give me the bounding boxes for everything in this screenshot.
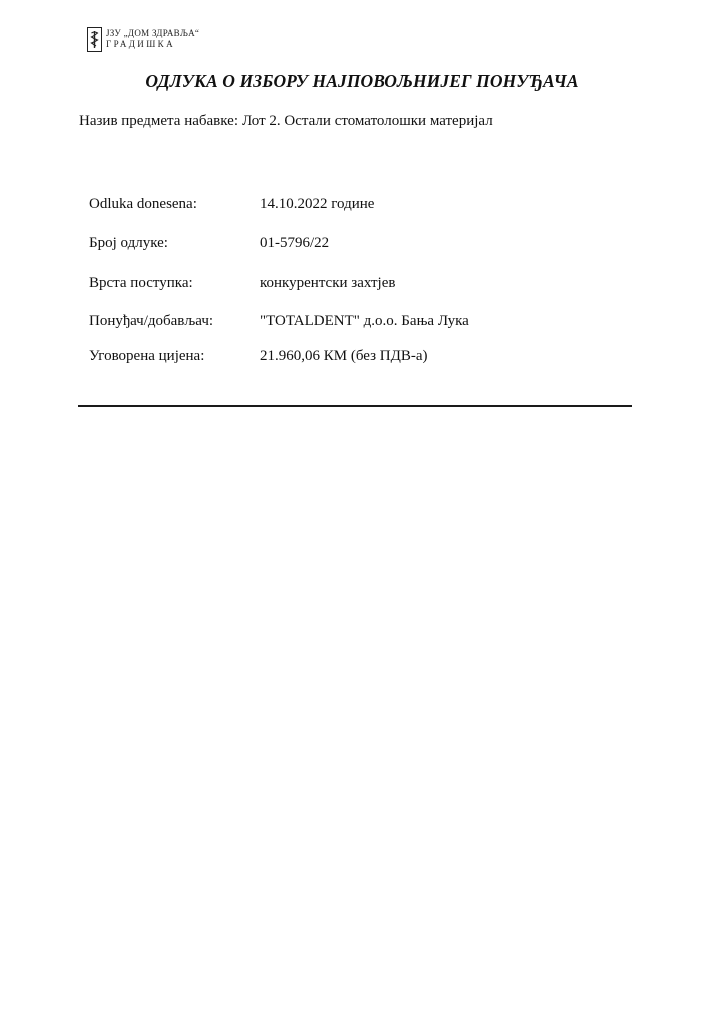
horizontal-divider [78, 405, 632, 407]
document-title: ОДЛУКА О ИЗБОРУ НАЈПОВОЉНИЈЕГ ПОНУЂАЧА [0, 71, 724, 92]
field-label: Понуђач/добављач: [89, 313, 260, 330]
organization-name-line1: ЈЗУ „ДОМ ЗДРАВЉА“ [106, 28, 199, 39]
procurement-subject-label: Назив предмета набавке: [79, 113, 238, 129]
field-label: Врста поступка: [89, 275, 260, 292]
field-label: Odluka donesena: [89, 196, 260, 213]
caduceus-icon [87, 27, 102, 52]
field-supplier: Понуђач/добављач:"TOTALDENT" д.о.о. Бања… [89, 313, 469, 330]
field-contract-price: Уговорена цијена:21.960,06 КМ (без ПДВ-а… [89, 348, 428, 365]
field-decision-date: Odluka donesena:14.10.2022 године [89, 196, 374, 213]
organization-name: ЈЗУ „ДОМ ЗДРАВЉА“ ГРАДИШКА [106, 28, 199, 50]
field-label: Број одлуке: [89, 235, 260, 252]
organization-logo: ЈЗУ „ДОМ ЗДРАВЉА“ ГРАДИШКА [87, 25, 199, 53]
organization-name-line2: ГРАДИШКА [106, 39, 199, 50]
field-label: Уговорена цијена: [89, 348, 260, 365]
field-procedure-type: Врста поступка:конкурентски захтјев [89, 275, 395, 292]
field-value: "TOTALDENT" д.о.о. Бања Лука [260, 313, 469, 329]
procurement-subject: Назив предмета набавке:Лот 2. Остали сто… [79, 113, 493, 130]
field-decision-number: Број одлуке:01-5796/22 [89, 235, 329, 252]
field-value: 01-5796/22 [260, 235, 329, 251]
field-value: конкурентски захтјев [260, 275, 395, 291]
field-value: 21.960,06 КМ (без ПДВ-а) [260, 348, 428, 364]
field-value: 14.10.2022 године [260, 196, 374, 212]
procurement-subject-value: Лот 2. Остали стоматолошки материјал [242, 113, 493, 129]
